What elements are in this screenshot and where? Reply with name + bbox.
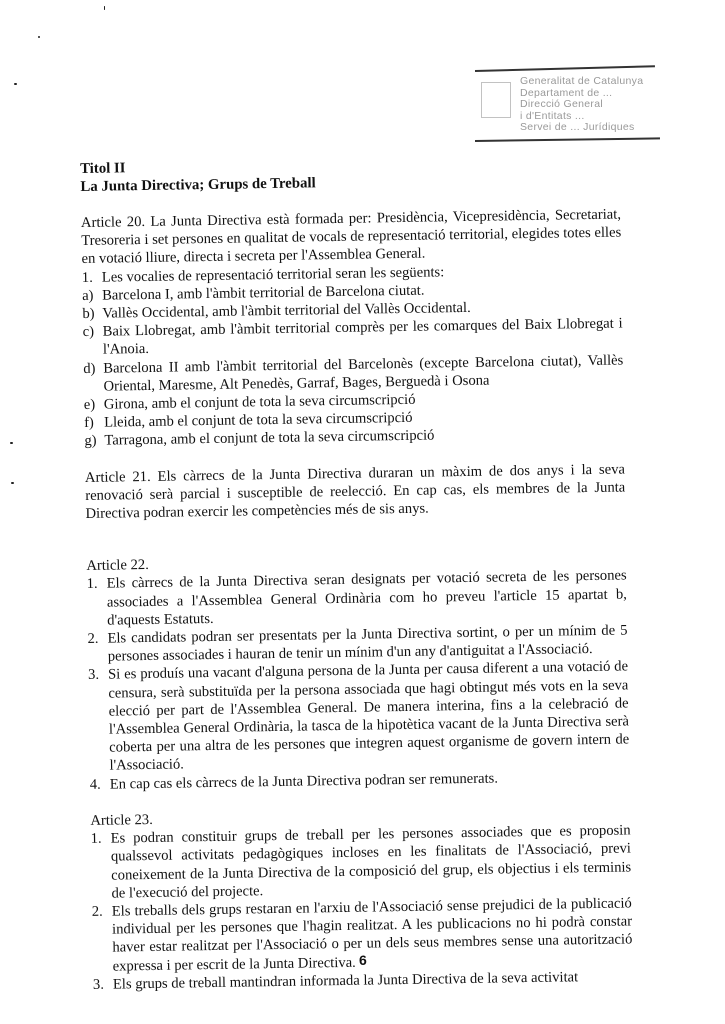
stamp-bottom-rule — [475, 137, 660, 142]
document-body: Titol II La Junta Directiva; Grups de Tr… — [80, 152, 633, 994]
scan-speck — [14, 83, 17, 85]
list-item: 3.Si es produís una vacant d'alguna pers… — [88, 658, 630, 776]
document-page: Generalitat de Catalunya Departament de … — [0, 0, 725, 1024]
scan-speck — [11, 482, 14, 484]
article-22-list: 1.Els càrrecs de la Junta Directiva sera… — [87, 567, 630, 794]
scan-speck — [38, 36, 40, 38]
page-number: 6 — [359, 952, 367, 968]
official-stamp: Generalitat de Catalunya Departament de … — [475, 68, 665, 150]
article-20-list: 1.Les vocalies de representació territor… — [82, 260, 625, 450]
stamp-top-rule — [475, 65, 655, 72]
scan-speck — [104, 6, 105, 10]
scan-speck — [10, 442, 13, 444]
article-20-intro: Article 20. La Junta Directiva està form… — [81, 206, 622, 269]
stamp-text: Generalitat de Catalunya Departament de … — [520, 76, 643, 134]
list-item: 1.Els càrrecs de la Junta Directiva sera… — [87, 567, 628, 630]
list-item: 1.Es podran constituir grups de treball … — [91, 822, 632, 903]
stamp-logo-icon — [481, 82, 511, 118]
article-21: Article 21. Els càrrecs de la Junta Dire… — [85, 460, 626, 523]
